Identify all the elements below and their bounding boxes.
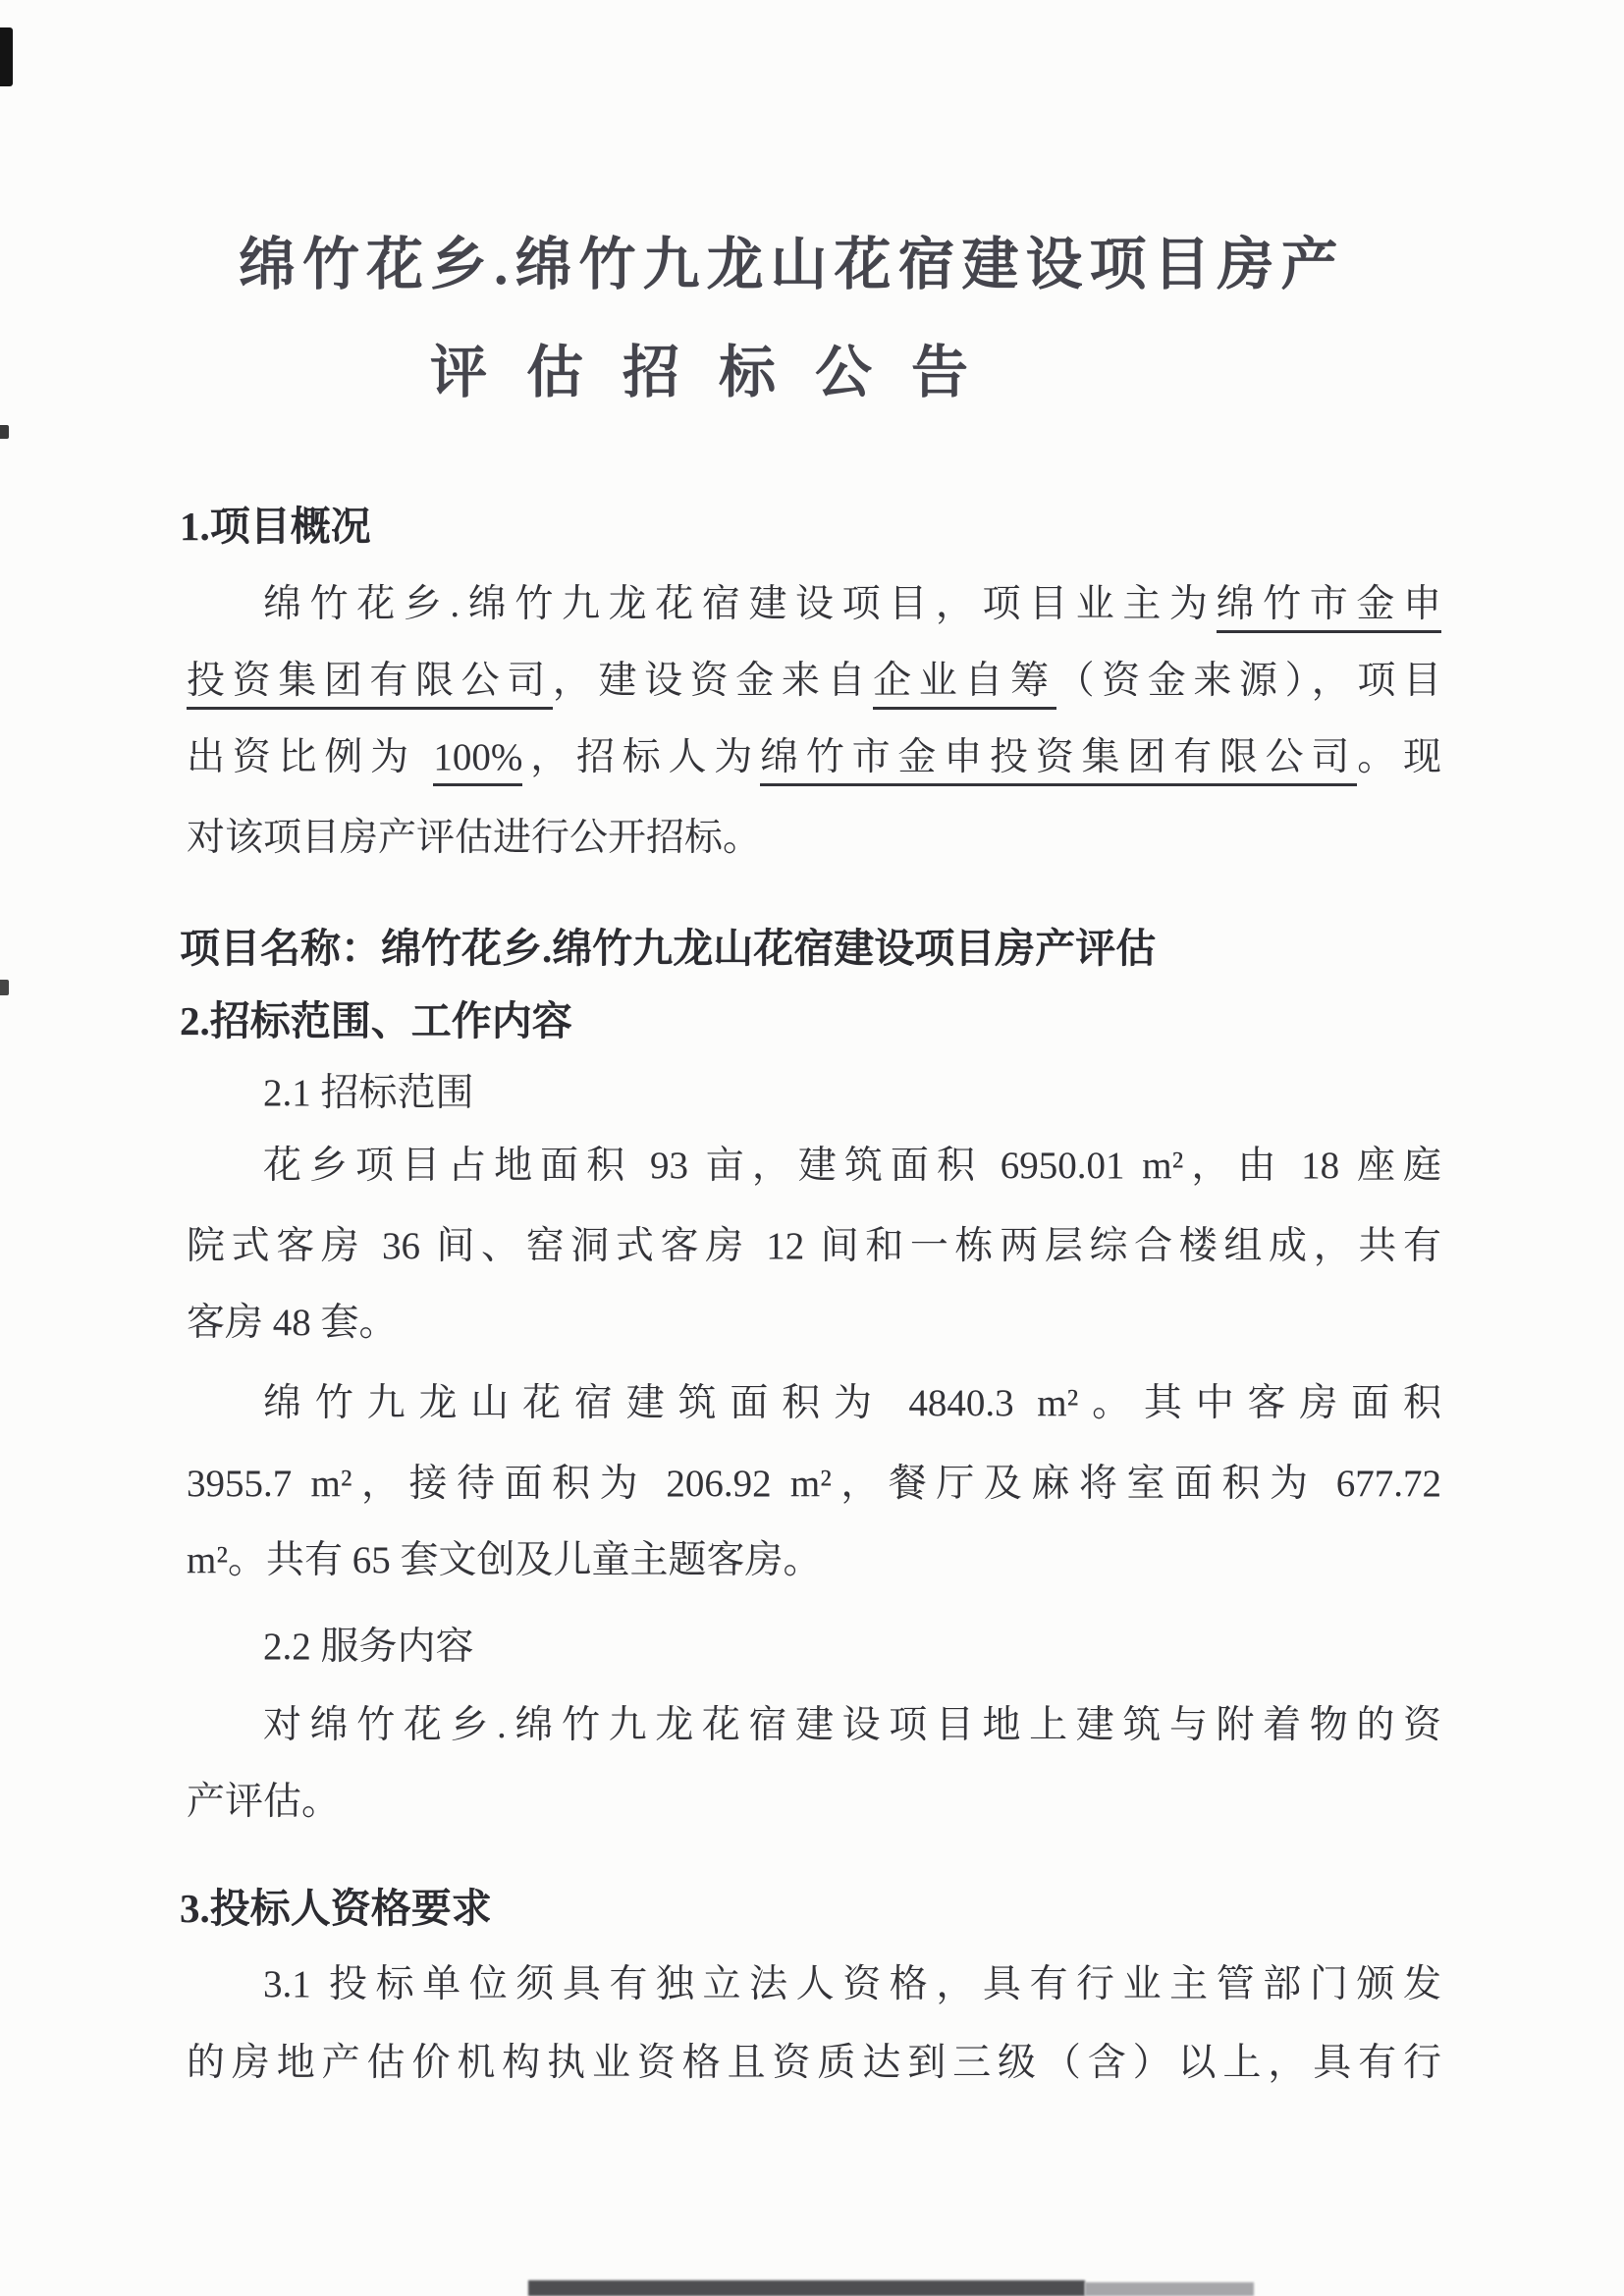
scan-artifact-strip xyxy=(528,2280,1085,2296)
scanned-document-page: 绵竹花乡.绵竹九龙山花宿建设项目房产 评估招标公告 1.项目概况 绵竹花乡.绵竹… xyxy=(0,0,1624,2296)
document-title-line-1: 绵竹花乡.绵竹九龙山花宿建设项目房产 xyxy=(239,228,1345,302)
section-2-1-heading: 2.1 招标范围 xyxy=(187,1066,1441,1121)
text-segment: ，招标人为 xyxy=(522,736,760,778)
paragraph-3-line-1: 绵竹九龙山花宿建筑面积为 4840.3 m²。其中客房面积 xyxy=(187,1376,1441,1431)
underlined-text: 投资集团有限公司 xyxy=(187,660,553,710)
paragraph-3-line-2: 3955.7 m²，接待面积为 206.92 m²，餐厅及麻将室面积为 677.… xyxy=(187,1457,1441,1512)
underlined-text: 绵竹市金申投资集团有限公司 xyxy=(760,736,1357,786)
paragraph-1-line-1: 绵竹花乡.绵竹九龙花宿建设项目，项目业主为绵竹市金申 xyxy=(187,577,1441,632)
paragraph-1-line-3: 出资比例为 100%，招标人为绵竹市金申投资集团有限公司。现 xyxy=(187,730,1441,785)
paragraph-3-line-3: m²。共有 65 套文创及儿童主题客房。 xyxy=(187,1533,1441,1588)
section-2-2-heading: 2.2 服务内容 xyxy=(187,1620,1441,1675)
document-title-line-2: 评估招标公告 xyxy=(430,336,1007,410)
paragraph-5-line-2: 的房地产估价机构执业资格且资质达到三级（含）以上，具有行 xyxy=(187,2036,1441,2091)
paragraph-1-line-4: 对该项目房产评估进行公开招标。 xyxy=(187,811,1441,866)
paragraph-1-line-2: 投资集团有限公司，建设资金来自企业自筹（资金来源），项目 xyxy=(187,654,1441,709)
paragraph-4-line-2: 产评估。 xyxy=(187,1775,1441,1830)
paragraph-2-line-3: 客房 48 套。 xyxy=(187,1296,1441,1351)
underlined-text: 企业自筹 xyxy=(873,660,1056,710)
paragraph-5-line-1: 3.1 投标单位须具有独立法人资格，具有行业主管部门颁发 xyxy=(187,1957,1441,2012)
text-segment: ，建设资金来自 xyxy=(553,660,873,702)
scan-artifact-strip xyxy=(1085,2282,1254,2296)
text-segment: （资金来源），项目 xyxy=(1056,660,1441,702)
paragraph-2-line-2: 院式客房 36 间、窑洞式客房 12 间和一栋两层综合楼组成，共有 xyxy=(187,1219,1441,1274)
project-name-line: 项目名称：绵竹花乡.绵竹九龙山花宿建设项目房产评估 xyxy=(180,921,1435,976)
paragraph-4-line-1: 对绵竹花乡.绵竹九龙花宿建设项目地上建筑与附着物的资 xyxy=(187,1698,1441,1753)
text-segment: 。现 xyxy=(1357,736,1441,778)
paragraph-2-line-1: 花乡项目占地面积 93 亩，建筑面积 6950.01 m²，由 18 座庭 xyxy=(187,1139,1441,1194)
underlined-text: 绵竹市金申 xyxy=(1217,583,1441,633)
section-3-heading: 3.投标人资格要求 xyxy=(180,1881,1435,1936)
section-1-heading: 1.项目概况 xyxy=(180,499,1435,554)
scan-artifact-mark xyxy=(0,27,13,86)
scan-artifact-mark xyxy=(0,980,9,995)
scan-artifact-mark xyxy=(0,425,9,439)
text-segment: 出资比例为 xyxy=(187,736,433,778)
section-2-heading: 2.招标范围、工作内容 xyxy=(180,993,1435,1048)
underlined-text: 100% xyxy=(433,736,522,786)
text-segment: 绵竹花乡.绵竹九龙花宿建设项目，项目业主为 xyxy=(263,583,1217,625)
